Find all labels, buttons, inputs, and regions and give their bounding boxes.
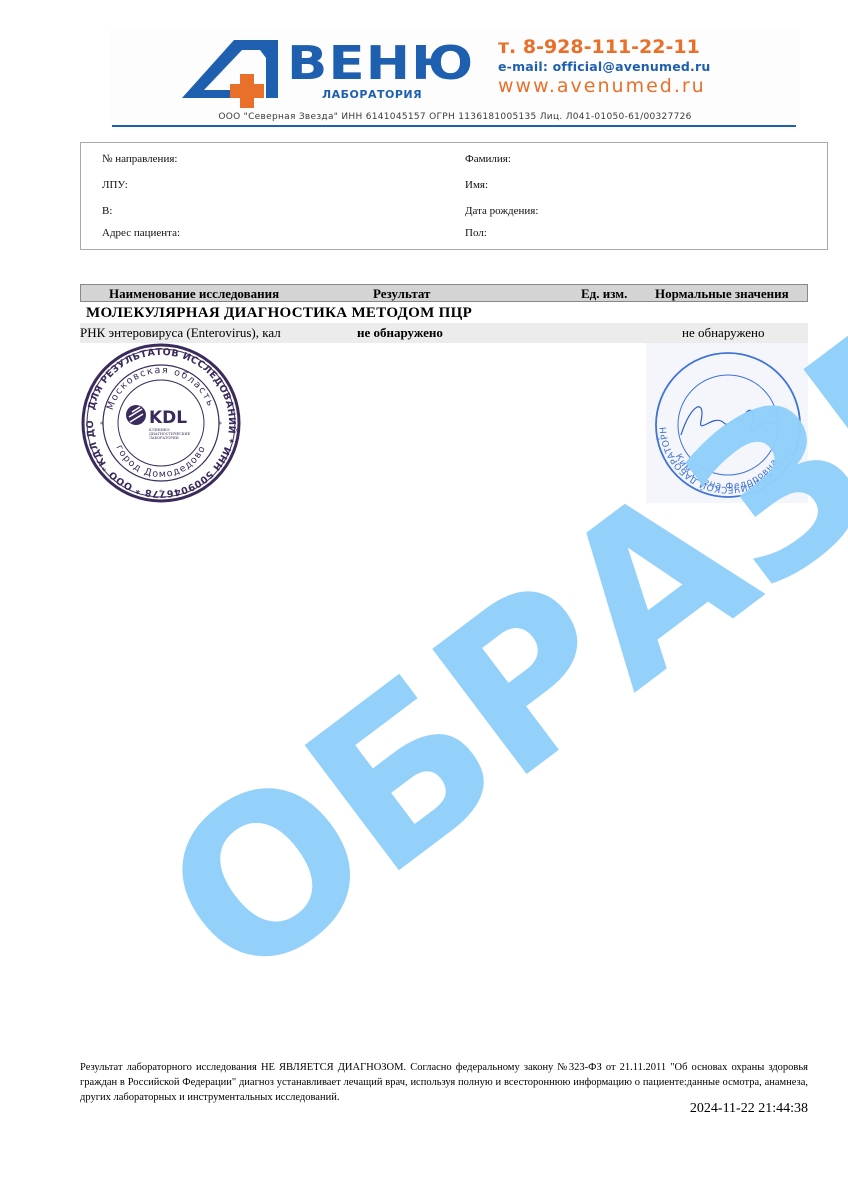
section-title: МОЛЕКУЛЯРНАЯ ДИАГНОСТИКА МЕТОДОМ ПЦР (86, 305, 472, 322)
svg-text:*: * (100, 420, 104, 429)
table-row: РНК энтеровируса (Enterovirus), кал не о… (80, 323, 808, 343)
test-normal-value: не обнаружено (682, 325, 765, 341)
test-result: не обнаружено (357, 325, 443, 341)
contacts: т. 8-928-111-22-11 e-mail: official@aven… (498, 36, 728, 97)
sample-watermark: ОБРАЗЕЦ (120, 143, 848, 1031)
birth-date-label: Дата рождения: (465, 205, 538, 217)
kdl-stamp: ДЛЯ РЕЗУЛЬТАТОВ ИССЛЕДОВАНИЙ * ИНН 50090… (80, 343, 242, 503)
letterhead: ВЕНЮ ЛАБОРАТОРИЯ т. 8-928-111-22-11 e-ma… (110, 28, 800, 130)
v-label: В: (102, 205, 112, 217)
col-result: Результат (373, 286, 430, 302)
svg-text:ЛАБОРАТОРИИ: ЛАБОРАТОРИИ (149, 436, 179, 440)
report-timestamp: 2024-11-22 21:44:38 (690, 1101, 808, 1117)
col-test-name: Наименование исследования (109, 286, 279, 302)
svg-text:KDL: KDL (149, 408, 187, 428)
company-details: ООО "Северная Звезда" ИНН 6141045157 ОГР… (110, 112, 800, 122)
patient-address-label: Адрес пациента: (102, 227, 180, 239)
website: www.avenumed.ru (498, 75, 728, 97)
col-unit: Ед. изм. (581, 286, 627, 302)
header-divider (112, 125, 796, 127)
phone: т. 8-928-111-22-11 (498, 36, 728, 58)
patient-info-box: № направления: ЛПУ: В: Адрес пациента: Ф… (80, 142, 828, 250)
svg-text:город Домодедово: город Домодедово (114, 443, 209, 480)
referral-number-label: № направления: (102, 153, 177, 165)
col-normal-values: Нормальные значения (655, 286, 789, 302)
email: e-mail: official@avenumed.ru (498, 58, 728, 75)
logo-subtitle: ЛАБОРАТОРИЯ (322, 88, 422, 101)
clinic-label: ЛПУ: (102, 179, 128, 191)
last-name-label: Фамилия: (465, 153, 511, 165)
logo-wordmark: ВЕНЮ (287, 38, 474, 88)
first-name-label: Имя: (465, 179, 488, 191)
kdl-stamp-icon: ДЛЯ РЕЗУЛЬТАТОВ ИССЛЕДОВАНИЙ * ИНН 50090… (80, 343, 242, 503)
test-name: РНК энтеровируса (Enterovirus), кал (80, 325, 281, 341)
svg-text:*: * (218, 420, 222, 429)
results-table-header: Наименование исследования Результат Ед. … (80, 284, 808, 302)
disclaimer: Результат лабораторного исследования НЕ … (80, 1060, 808, 1105)
svg-text:*: * (159, 488, 163, 497)
avenu-logo: ВЕНЮ ЛАБОРАТОРИЯ (182, 36, 452, 106)
sex-label: Пол: (465, 227, 487, 239)
logo-a-plus-icon (182, 36, 292, 108)
